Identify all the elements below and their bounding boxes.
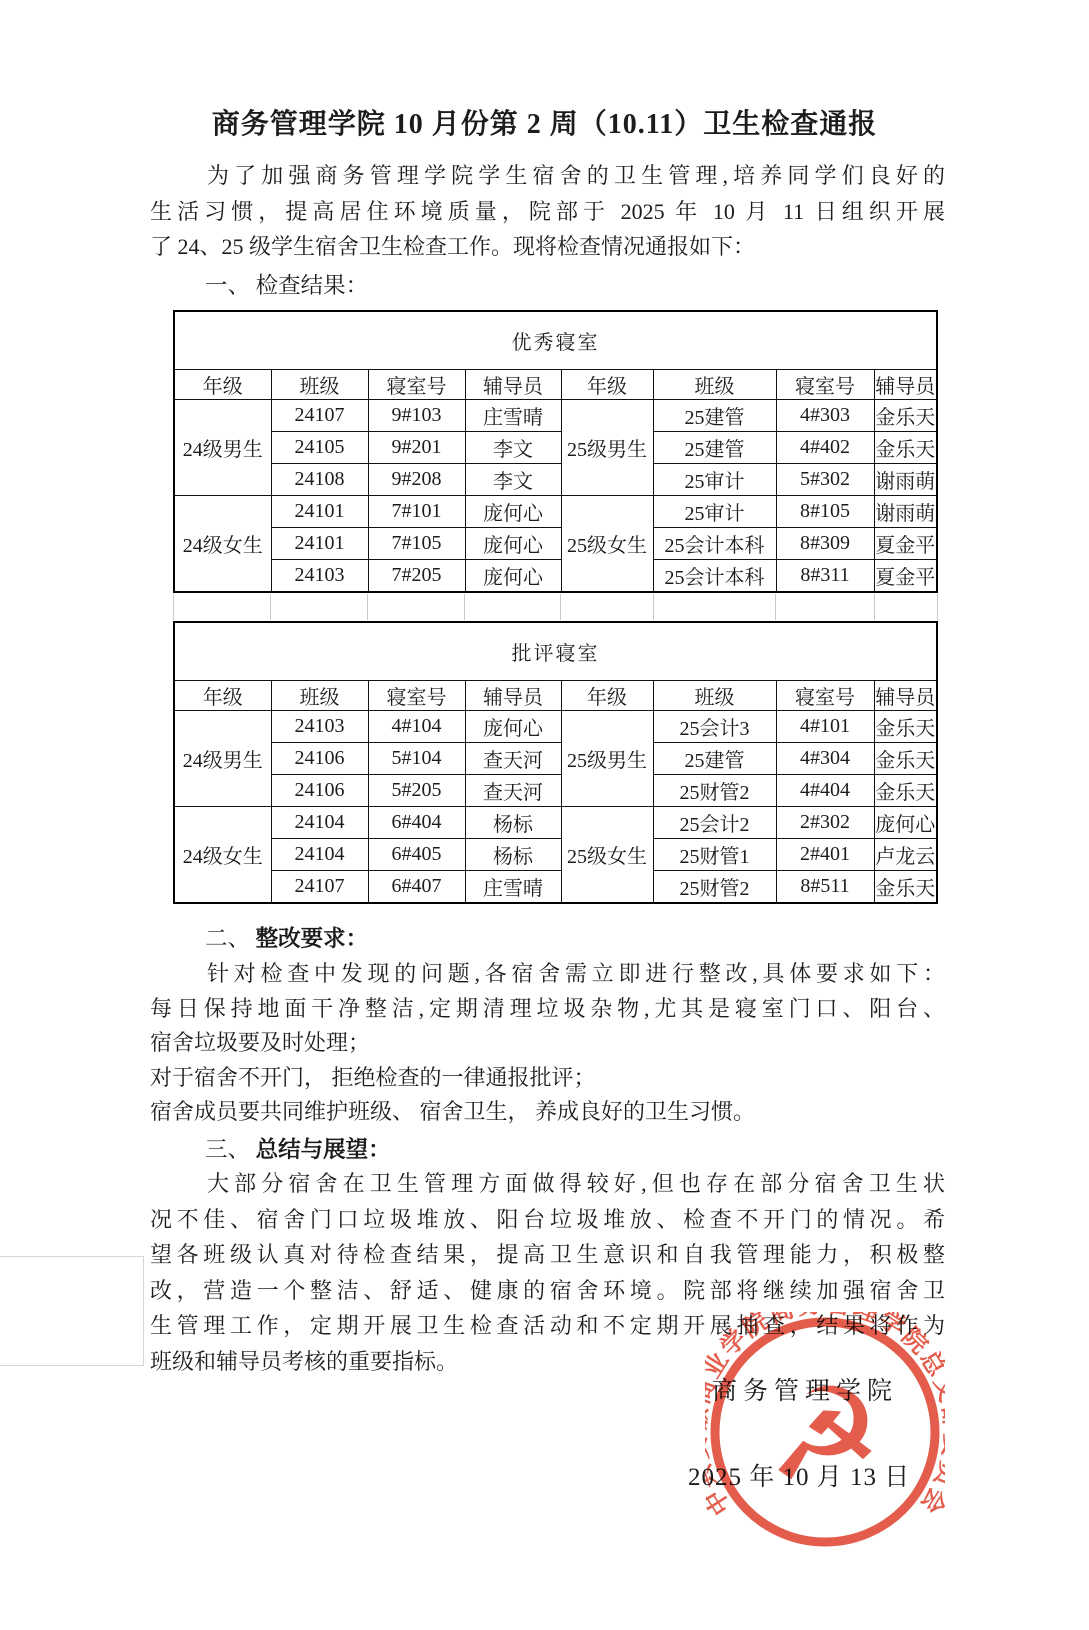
class-cell: 24107 — [271, 400, 368, 432]
text-line: 宿舍垃圾要及时处理； — [150, 1026, 945, 1061]
table-title-row: 批评寝室 — [174, 622, 937, 681]
dorm-number-cell: 4#101 — [776, 711, 874, 743]
class-cell: 24105 — [271, 432, 368, 464]
text-line: 改，营造一个整洁、舒适、健康的宿舍环境。院部将继续加强宿舍卫 — [150, 1273, 945, 1309]
dorm-number-cell: 8#511 — [776, 871, 874, 904]
table-row: 241065#104查天河25建管4#304金乐天 — [174, 743, 937, 775]
column-header: 寝室号 — [776, 681, 874, 711]
column-header: 辅导员 — [874, 681, 937, 711]
table-row: 24级女生241017#101庞何心25级女生25审计8#105谢雨萌 — [174, 496, 937, 528]
dorm-number-cell: 4#304 — [776, 743, 874, 775]
class-cell: 25审计 — [653, 496, 776, 528]
dorm-number-cell: 6#407 — [368, 871, 465, 904]
class-cell: 25会计3 — [653, 711, 776, 743]
gap-cell — [465, 594, 561, 620]
section1-heading: 一、 检查结果： — [205, 268, 368, 300]
dorm-number-cell: 4#402 — [776, 432, 874, 464]
dorm-number-cell: 6#405 — [368, 839, 465, 871]
gap-cell — [776, 594, 874, 620]
gap-cell — [368, 594, 465, 620]
counselor-cell: 金乐天 — [874, 711, 937, 743]
text-line: 针对检查中发现的问题,各宿舍需立即进行整改,具体要求如下： — [150, 957, 945, 992]
section3-number: 三、 — [205, 1137, 256, 1162]
counselor-cell: 谢雨萌 — [874, 496, 937, 528]
class-cell: 25审计 — [653, 464, 776, 496]
text-line: 宿舍成员要共同维护班级、 宿舍卫生， 养成良好的卫生习惯。 — [150, 1095, 945, 1130]
text-line: 望各班级认真对待检查结果，提高卫生意识和自我管理能力，积极整 — [150, 1237, 945, 1273]
grade-cell: 25级男生 — [561, 400, 653, 496]
class-cell: 25会计本科 — [653, 528, 776, 560]
excellent-dorms-table: 优秀寝室年级班级寝室号辅导员年级班级寝室号辅导员24级男生241079#103庄… — [173, 310, 938, 593]
table-row: 241037#205庞何心25会计本科8#311夏金平 — [174, 560, 937, 593]
class-cell: 25建管 — [653, 743, 776, 775]
dorm-number-cell: 9#201 — [368, 432, 465, 464]
counselor-cell: 夏金平 — [874, 560, 937, 593]
counselor-cell: 庞何心 — [874, 807, 937, 839]
counselor-cell: 金乐天 — [874, 871, 937, 904]
column-header: 班级 — [653, 370, 776, 400]
counselor-cell: 李文 — [465, 464, 561, 496]
section1-number: 一、 — [205, 273, 256, 298]
class-cell: 25财管2 — [653, 775, 776, 807]
class-cell: 25建管 — [653, 400, 776, 432]
dorm-number-cell: 4#404 — [776, 775, 874, 807]
section3-label: 总结与展望： — [256, 1137, 391, 1162]
class-cell: 25财管1 — [653, 839, 776, 871]
column-header: 年级 — [561, 681, 653, 711]
class-cell: 24104 — [271, 807, 368, 839]
grade-cell: 25级女生 — [561, 496, 653, 593]
table-row: 241017#105庞何心25会计本科8#309夏金平 — [174, 528, 937, 560]
class-cell: 25会计本科 — [653, 560, 776, 593]
column-header: 班级 — [271, 370, 368, 400]
class-cell: 24101 — [271, 528, 368, 560]
class-cell: 25建管 — [653, 432, 776, 464]
text-line: 况不佳、宿舍门口垃圾堆放、阳台垃圾堆放、检查不开门的情况。希 — [150, 1202, 945, 1238]
grade-cell: 25级女生 — [561, 807, 653, 904]
column-header: 寝室号 — [776, 370, 874, 400]
section2-paragraph: 针对检查中发现的问题,各宿舍需立即进行整改,具体要求如下：每日保持地面干净整洁,… — [150, 957, 945, 1130]
table-header-row: 年级班级寝室号辅导员年级班级寝室号辅导员 — [174, 370, 937, 400]
grade-cell: 24级女生 — [174, 496, 271, 593]
column-header: 辅导员 — [465, 681, 561, 711]
gap-cell — [654, 594, 777, 620]
counselor-cell: 庞何心 — [465, 496, 561, 528]
table-row: 241059#201李文25建管4#402金乐天 — [174, 432, 937, 464]
counselor-cell: 杨标 — [465, 807, 561, 839]
dorm-number-cell: 7#101 — [368, 496, 465, 528]
text-line: 对于宿舍不开门， 拒绝检查的一律通报批评； — [150, 1061, 945, 1096]
table-row: 241076#407庄雪晴25财管28#511金乐天 — [174, 871, 937, 904]
text-line: 大部分宿舍在卫生管理方面做得较好,但也存在部分宿舍卫生状 — [150, 1166, 945, 1202]
table-row: 24级男生241079#103庄雪晴25级男生25建管4#303金乐天 — [174, 400, 937, 432]
class-cell: 24103 — [271, 560, 368, 593]
column-header: 辅导员 — [465, 370, 561, 400]
gap-cell — [561, 594, 653, 620]
table-title: 优秀寝室 — [174, 311, 937, 370]
table-row: 241089#208李文25审计5#302谢雨萌 — [174, 464, 937, 496]
counselor-cell: 杨标 — [465, 839, 561, 871]
counselor-cell: 庞何心 — [465, 560, 561, 593]
class-cell: 24106 — [271, 775, 368, 807]
hammer-sickle-icon: ☭ — [768, 1361, 883, 1510]
counselor-cell: 夏金平 — [874, 528, 937, 560]
dorm-number-cell: 5#302 — [776, 464, 874, 496]
dorm-number-cell: 6#404 — [368, 807, 465, 839]
section3-heading: 三、 总结与展望： — [205, 1132, 391, 1164]
counselor-cell: 庞何心 — [465, 528, 561, 560]
gap-cell — [174, 594, 271, 620]
official-stamp: 中共安徽商业学院商务管理学院总支部委员会 ☭ — [705, 1312, 945, 1552]
dorm-number-cell: 9#103 — [368, 400, 465, 432]
class-cell: 24104 — [271, 839, 368, 871]
class-cell: 24101 — [271, 496, 368, 528]
dorm-number-cell: 8#309 — [776, 528, 874, 560]
counselor-cell: 查天河 — [465, 775, 561, 807]
criticized-dorms-table: 批评寝室年级班级寝室号辅导员年级班级寝室号辅导员24级男生241034#104庞… — [173, 621, 938, 904]
text-line: 为了加强商务管理学院学生宿舍的卫生管理,培养同学们良好的 — [150, 158, 945, 194]
column-header: 班级 — [653, 681, 776, 711]
table-row: 241065#205查天河25财管24#404金乐天 — [174, 775, 937, 807]
counselor-cell: 庄雪晴 — [465, 871, 561, 904]
scan-artifact — [0, 1256, 144, 1366]
text-line: 生活习惯，提高居住环境质量，院部于 2025 年 10 月 11 日组织开展 — [150, 194, 945, 230]
counselor-cell: 查天河 — [465, 743, 561, 775]
dorm-number-cell: 4#303 — [776, 400, 874, 432]
page-title: 商务管理学院 10 月份第 2 周（10.11）卫生检查通报 — [0, 102, 1089, 142]
counselor-cell: 金乐天 — [874, 775, 937, 807]
table-row: 241046#405杨标25财管12#401卢龙云 — [174, 839, 937, 871]
counselor-cell: 谢雨萌 — [874, 464, 937, 496]
text-line: 每日保持地面干净整洁,定期清理垃圾杂物,尤其是寝室门口、阳台、 — [150, 992, 945, 1027]
table-header-row: 年级班级寝室号辅导员年级班级寝室号辅导员 — [174, 681, 937, 711]
counselor-cell: 李文 — [465, 432, 561, 464]
class-cell: 24108 — [271, 464, 368, 496]
dorm-number-cell: 8#311 — [776, 560, 874, 593]
dorm-number-cell: 5#104 — [368, 743, 465, 775]
dorm-number-cell: 7#105 — [368, 528, 465, 560]
dorm-number-cell: 8#105 — [776, 496, 874, 528]
class-cell: 25会计2 — [653, 807, 776, 839]
column-header: 辅导员 — [874, 370, 937, 400]
section2-number: 二、 — [205, 926, 256, 951]
section2-label: 整改要求： — [256, 926, 369, 951]
column-header: 寝室号 — [368, 370, 465, 400]
counselor-cell: 庞何心 — [465, 711, 561, 743]
dorm-number-cell: 4#104 — [368, 711, 465, 743]
dorm-number-cell: 7#205 — [368, 560, 465, 593]
counselor-cell: 金乐天 — [874, 400, 937, 432]
counselor-cell: 卢龙云 — [874, 839, 937, 871]
column-header: 班级 — [271, 681, 368, 711]
grade-cell: 24级男生 — [174, 400, 271, 496]
document-page: 商务管理学院 10 月份第 2 周（10.11）卫生检查通报 为了加强商务管理学… — [0, 0, 1089, 1630]
intro-paragraph: 为了加强商务管理学院学生宿舍的卫生管理,培养同学们良好的生活习惯，提高居住环境质… — [150, 158, 945, 265]
table-title-row: 优秀寝室 — [174, 311, 937, 370]
class-cell: 24103 — [271, 711, 368, 743]
spreadsheet-gap-row — [173, 594, 938, 620]
table-title: 批评寝室 — [174, 622, 937, 681]
counselor-cell: 庄雪晴 — [465, 400, 561, 432]
dorm-number-cell: 9#208 — [368, 464, 465, 496]
column-header: 年级 — [174, 370, 271, 400]
dorm-number-cell: 5#205 — [368, 775, 465, 807]
dorm-number-cell: 2#401 — [776, 839, 874, 871]
counselor-cell: 金乐天 — [874, 743, 937, 775]
text-line: 了 24、25 级学生宿舍卫生检查工作。现将检查情况通报如下： — [150, 229, 945, 265]
grade-cell: 24级男生 — [174, 711, 271, 807]
table-row: 24级女生241046#404杨标25级女生25会计22#302庞何心 — [174, 807, 937, 839]
counselor-cell: 金乐天 — [874, 432, 937, 464]
gap-cell — [271, 594, 368, 620]
gap-cell — [875, 594, 937, 620]
grade-cell: 24级女生 — [174, 807, 271, 904]
column-header: 年级 — [561, 370, 653, 400]
column-header: 年级 — [174, 681, 271, 711]
section2-heading: 二、 整改要求： — [205, 921, 368, 953]
dorm-number-cell: 2#302 — [776, 807, 874, 839]
table-row: 24级男生241034#104庞何心25级男生25会计34#101金乐天 — [174, 711, 937, 743]
section1-label: 检查结果： — [256, 273, 369, 298]
class-cell: 24107 — [271, 871, 368, 904]
column-header: 寝室号 — [368, 681, 465, 711]
grade-cell: 25级男生 — [561, 711, 653, 807]
class-cell: 25财管2 — [653, 871, 776, 904]
class-cell: 24106 — [271, 743, 368, 775]
